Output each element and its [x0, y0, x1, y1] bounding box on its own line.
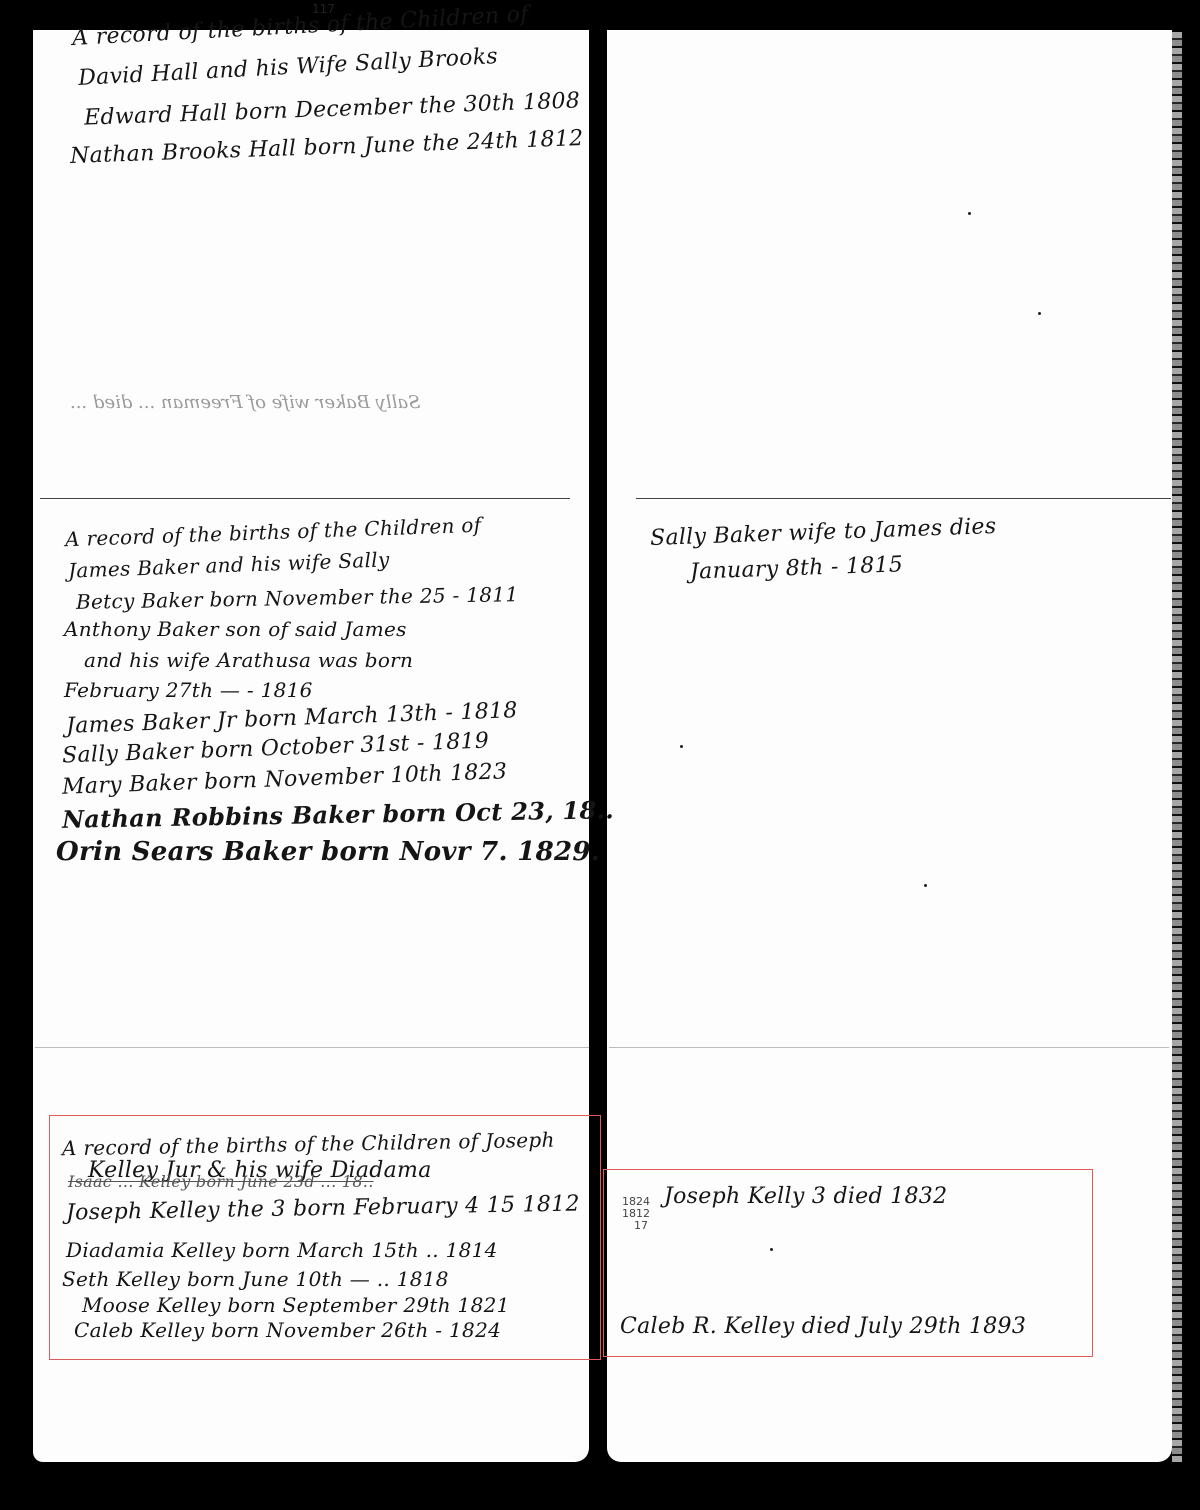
divider-right-upper: [636, 498, 1171, 499]
kelley-struck-entry: Isaac ... Kelley born June 23d ... 18..: [68, 1172, 374, 1191]
baker-entry: and his wife Arathusa was born: [84, 648, 413, 672]
ink-speck: [924, 884, 927, 887]
baker-entry: February 27th — - 1816: [64, 678, 313, 702]
ink-speck: [968, 212, 971, 215]
ink-speck: [680, 745, 683, 748]
ink-speck: [770, 1248, 773, 1251]
kelley-entry: Diadamia Kelley born March 15th .. 1814: [66, 1238, 498, 1262]
kelley-entry: Caleb Kelley born November 26th - 1824: [74, 1318, 501, 1342]
kelley-entry: Seth Kelley born June 10th — .. 1818: [62, 1267, 449, 1291]
kelley-death-entry: Joseph Kelly 3 died 1832: [664, 1184, 947, 1209]
divider-left-upper: [40, 498, 570, 499]
ink-speck: [1038, 312, 1041, 315]
kelley-death-entry: Caleb R. Kelley died July 29th 1893: [620, 1314, 1026, 1339]
kelley-entry: Moose Kelley born September 29th 1821: [82, 1293, 510, 1317]
divider-left-lower: [35, 1047, 589, 1048]
margin-note: 17: [622, 1220, 650, 1232]
divider-right-lower: [609, 1047, 1169, 1048]
bleed-through-text: Sally Baker wife of Freeman ... died ...: [70, 392, 420, 413]
margin-pencil-notes: 1824 1812 17: [622, 1196, 650, 1232]
page-edges: [1172, 32, 1182, 1462]
baker-entry: Orin Sears Baker born Novr 7. 1829.: [56, 837, 600, 867]
baker-entry: Anthony Baker son of said James: [64, 617, 407, 641]
